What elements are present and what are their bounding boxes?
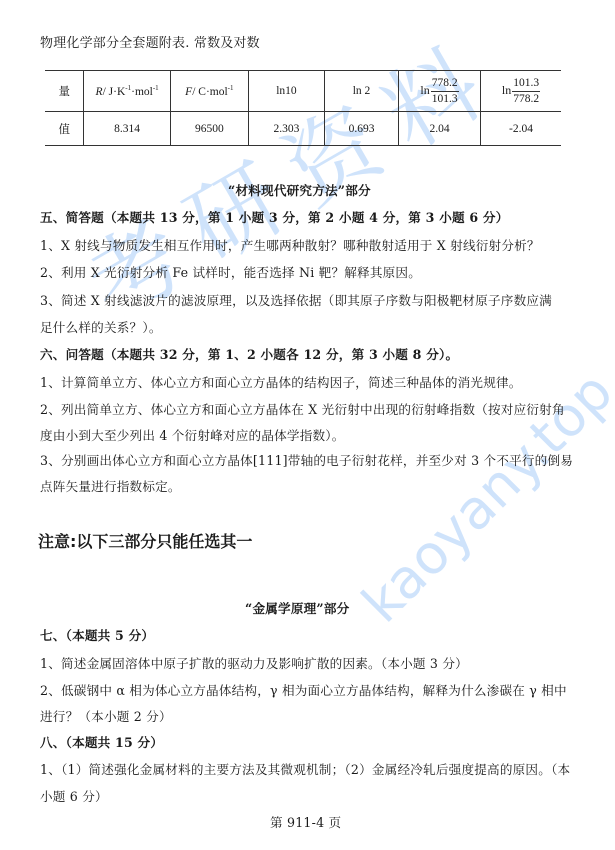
- question-5-item-1: 1、X 射线与物质发生相互作用时，产生哪两种散射？哪种散射适用于 X 射线衍射分…: [40, 235, 540, 254]
- question-7-item-2-cont: 进行？（本小题 2 分）: [40, 706, 172, 725]
- cell-F: F/ C·mol-1: [170, 71, 248, 112]
- value-ln-ratio-1: 2.04: [399, 112, 481, 146]
- table-row-quantity: 量 R/ J·K-1·mol-1 F/ C·mol-1 ln10 ln 2 ln…: [45, 71, 561, 112]
- page-number: 第 911-4 页: [270, 812, 341, 831]
- question-7-item-1: 1、简述金属固溶体中原子扩散的驱动力及影响扩散的因素。（本小题 3 分）: [40, 653, 468, 672]
- row-label-quantity: 量: [45, 71, 84, 112]
- constants-table: 量 R/ J·K-1·mol-1 F/ C·mol-1 ln10 ln 2 ln…: [45, 70, 561, 146]
- cell-ln-ratio-2: ln101.3778.2: [480, 71, 561, 112]
- value-F: 96500: [170, 112, 248, 146]
- value-ln2: 0.693: [324, 112, 398, 146]
- notice-heading: 注意:以下三部分只能任选其一: [38, 529, 252, 552]
- value-ln10: 2.303: [248, 112, 324, 146]
- question-5-heading: 五、简答题（本题共 13 分，第 1 小题 3 分，第 2 小题 4 分，第 3…: [40, 207, 509, 226]
- question-6-heading: 六、问答题（本题共 32 分，第 1、2 小题各 12 分，第 3 小题 8 分…: [40, 344, 458, 363]
- table-row-value: 值 8.314 96500 2.303 0.693 2.04 -2.04: [45, 112, 561, 146]
- question-6-item-3: 3、分别画出体心立方和面心立方晶体[111]带轴的电子衍射花样，并至少对 3 个…: [40, 450, 573, 469]
- question-7-heading: 七、（本题共 5 分）: [40, 625, 154, 644]
- value-R: 8.314: [84, 112, 170, 146]
- cell-ln10: ln10: [248, 71, 324, 112]
- header-title: 物理化学部分全套题附表. 常数及对数: [40, 32, 260, 51]
- question-5-item-3: 3、简述 X 射线滤波片的滤波原理，以及选择依据（即其原子序数与阳极靶材原子序数…: [40, 290, 552, 309]
- value-ln-ratio-2: -2.04: [480, 112, 561, 146]
- section-title-metals: “金属学原理”部分: [245, 598, 349, 617]
- question-6-item-2-cont: 度由小到大至少列出 4 个衍射峰对应的晶体学指数）。: [40, 425, 345, 444]
- cell-ln-ratio-1: ln778.2101.3: [399, 71, 481, 112]
- question-8-item-1-cont: 小题 6 分）: [40, 786, 108, 805]
- cell-ln2: ln 2: [324, 71, 398, 112]
- question-6-item-2: 2、列出简单立方、体心立方和面心立方晶体在 X 光衍射中出现的衍射峰指数（按对应…: [40, 399, 565, 418]
- question-8-item-1: 1、（1）简述强化金属材料的主要方法及其微观机制；（2）金属经冷轧后强度提高的原…: [40, 759, 570, 778]
- section-title-materials: “材料现代研究方法”部分: [228, 180, 371, 199]
- question-7-item-2: 2、低碳钢中 α 相为体心立方晶体结构，γ 相为面心立方晶体结构，解释为什么渗碳…: [40, 680, 567, 699]
- question-6-item-3-cont: 点阵矢量进行指数标定。: [40, 476, 181, 495]
- question-5-item-3-cont: 足什么样的关系？）。: [40, 317, 162, 336]
- question-8-heading: 八、（本题共 15 分）: [40, 732, 163, 751]
- question-6-item-1: 1、计算简单立方、体心立方和面心立方晶体的结构因子，简述三种晶体的消光规律。: [40, 372, 522, 391]
- row-label-value: 值: [45, 112, 84, 146]
- cell-R: R/ J·K-1·mol-1: [84, 71, 170, 112]
- question-5-item-2: 2、利用 X 光衍射分析 Fe 试样时，能否选择 Ni 靶？解释其原因。: [40, 262, 421, 281]
